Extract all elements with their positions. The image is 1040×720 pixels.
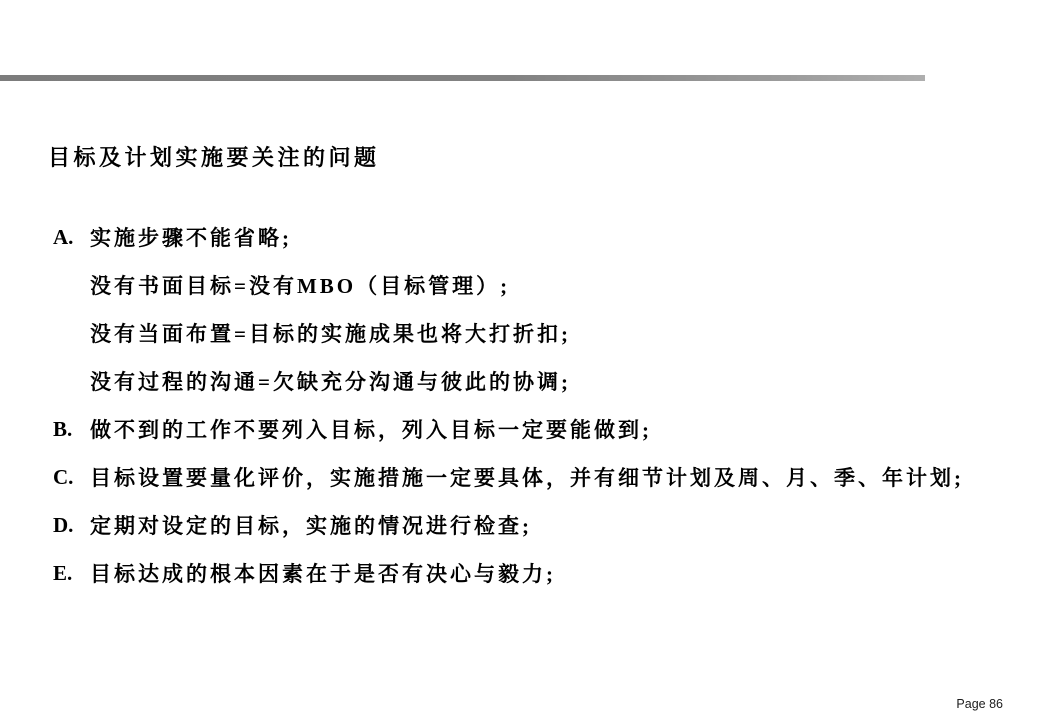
list-item: C. 目标设置要量化评价，实施措施一定要具体，并有细节计划及周、月、季、年计划; (0, 453, 1040, 501)
list-item-text: 没有书面目标=没有MBO（目标管理）; (90, 270, 510, 300)
list-subitem: 没有过程的沟通=欠缺充分沟通与彼此的协调; (0, 357, 1040, 405)
list-item-text: 没有当面布置=目标的实施成果也将大打折扣; (90, 318, 571, 348)
list-subitem: 没有当面布置=目标的实施成果也将大打折扣; (0, 309, 1040, 357)
list-item: B. 做不到的工作不要列入目标，列入目标一定要能做到; (0, 405, 1040, 453)
list-item-text: 目标设置要量化评价，实施措施一定要具体，并有细节计划及周、月、季、年计划; (90, 462, 964, 492)
list-item: E. 目标达成的根本因素在于是否有决心与毅力; (0, 549, 1040, 597)
page-number-label: Page 86 (956, 697, 1003, 711)
top-divider-bar (0, 75, 925, 81)
list-item-text: 定期对设定的目标，实施的情况进行检查; (90, 510, 532, 540)
list-item-marker: D. (53, 513, 90, 538)
list-item-text: 目标达成的根本因素在于是否有决心与毅力; (90, 558, 556, 588)
list-item-marker: A. (53, 225, 90, 250)
slide-title: 目标及计划实施要关注的问题 (48, 141, 380, 172)
list-item-marker: C. (53, 465, 90, 490)
list-item-text: 做不到的工作不要列入目标，列入目标一定要能做到; (90, 414, 652, 444)
list-item-text: 实施步骤不能省略; (90, 222, 292, 252)
list-item: D. 定期对设定的目标，实施的情况进行检查; (0, 501, 1040, 549)
list-item-marker: B. (53, 417, 90, 442)
list-item-marker: E. (53, 561, 90, 586)
presentation-slide: 目标及计划实施要关注的问题 A. 实施步骤不能省略; 没有书面目标=没有MBO（… (0, 0, 1040, 720)
list-subitem: 没有书面目标=没有MBO（目标管理）; (0, 261, 1040, 309)
bullet-list: A. 实施步骤不能省略; 没有书面目标=没有MBO（目标管理）; 没有当面布置=… (0, 213, 1040, 597)
list-item-text: 没有过程的沟通=欠缺充分沟通与彼此的协调; (90, 366, 571, 396)
list-item: A. 实施步骤不能省略; (0, 213, 1040, 261)
